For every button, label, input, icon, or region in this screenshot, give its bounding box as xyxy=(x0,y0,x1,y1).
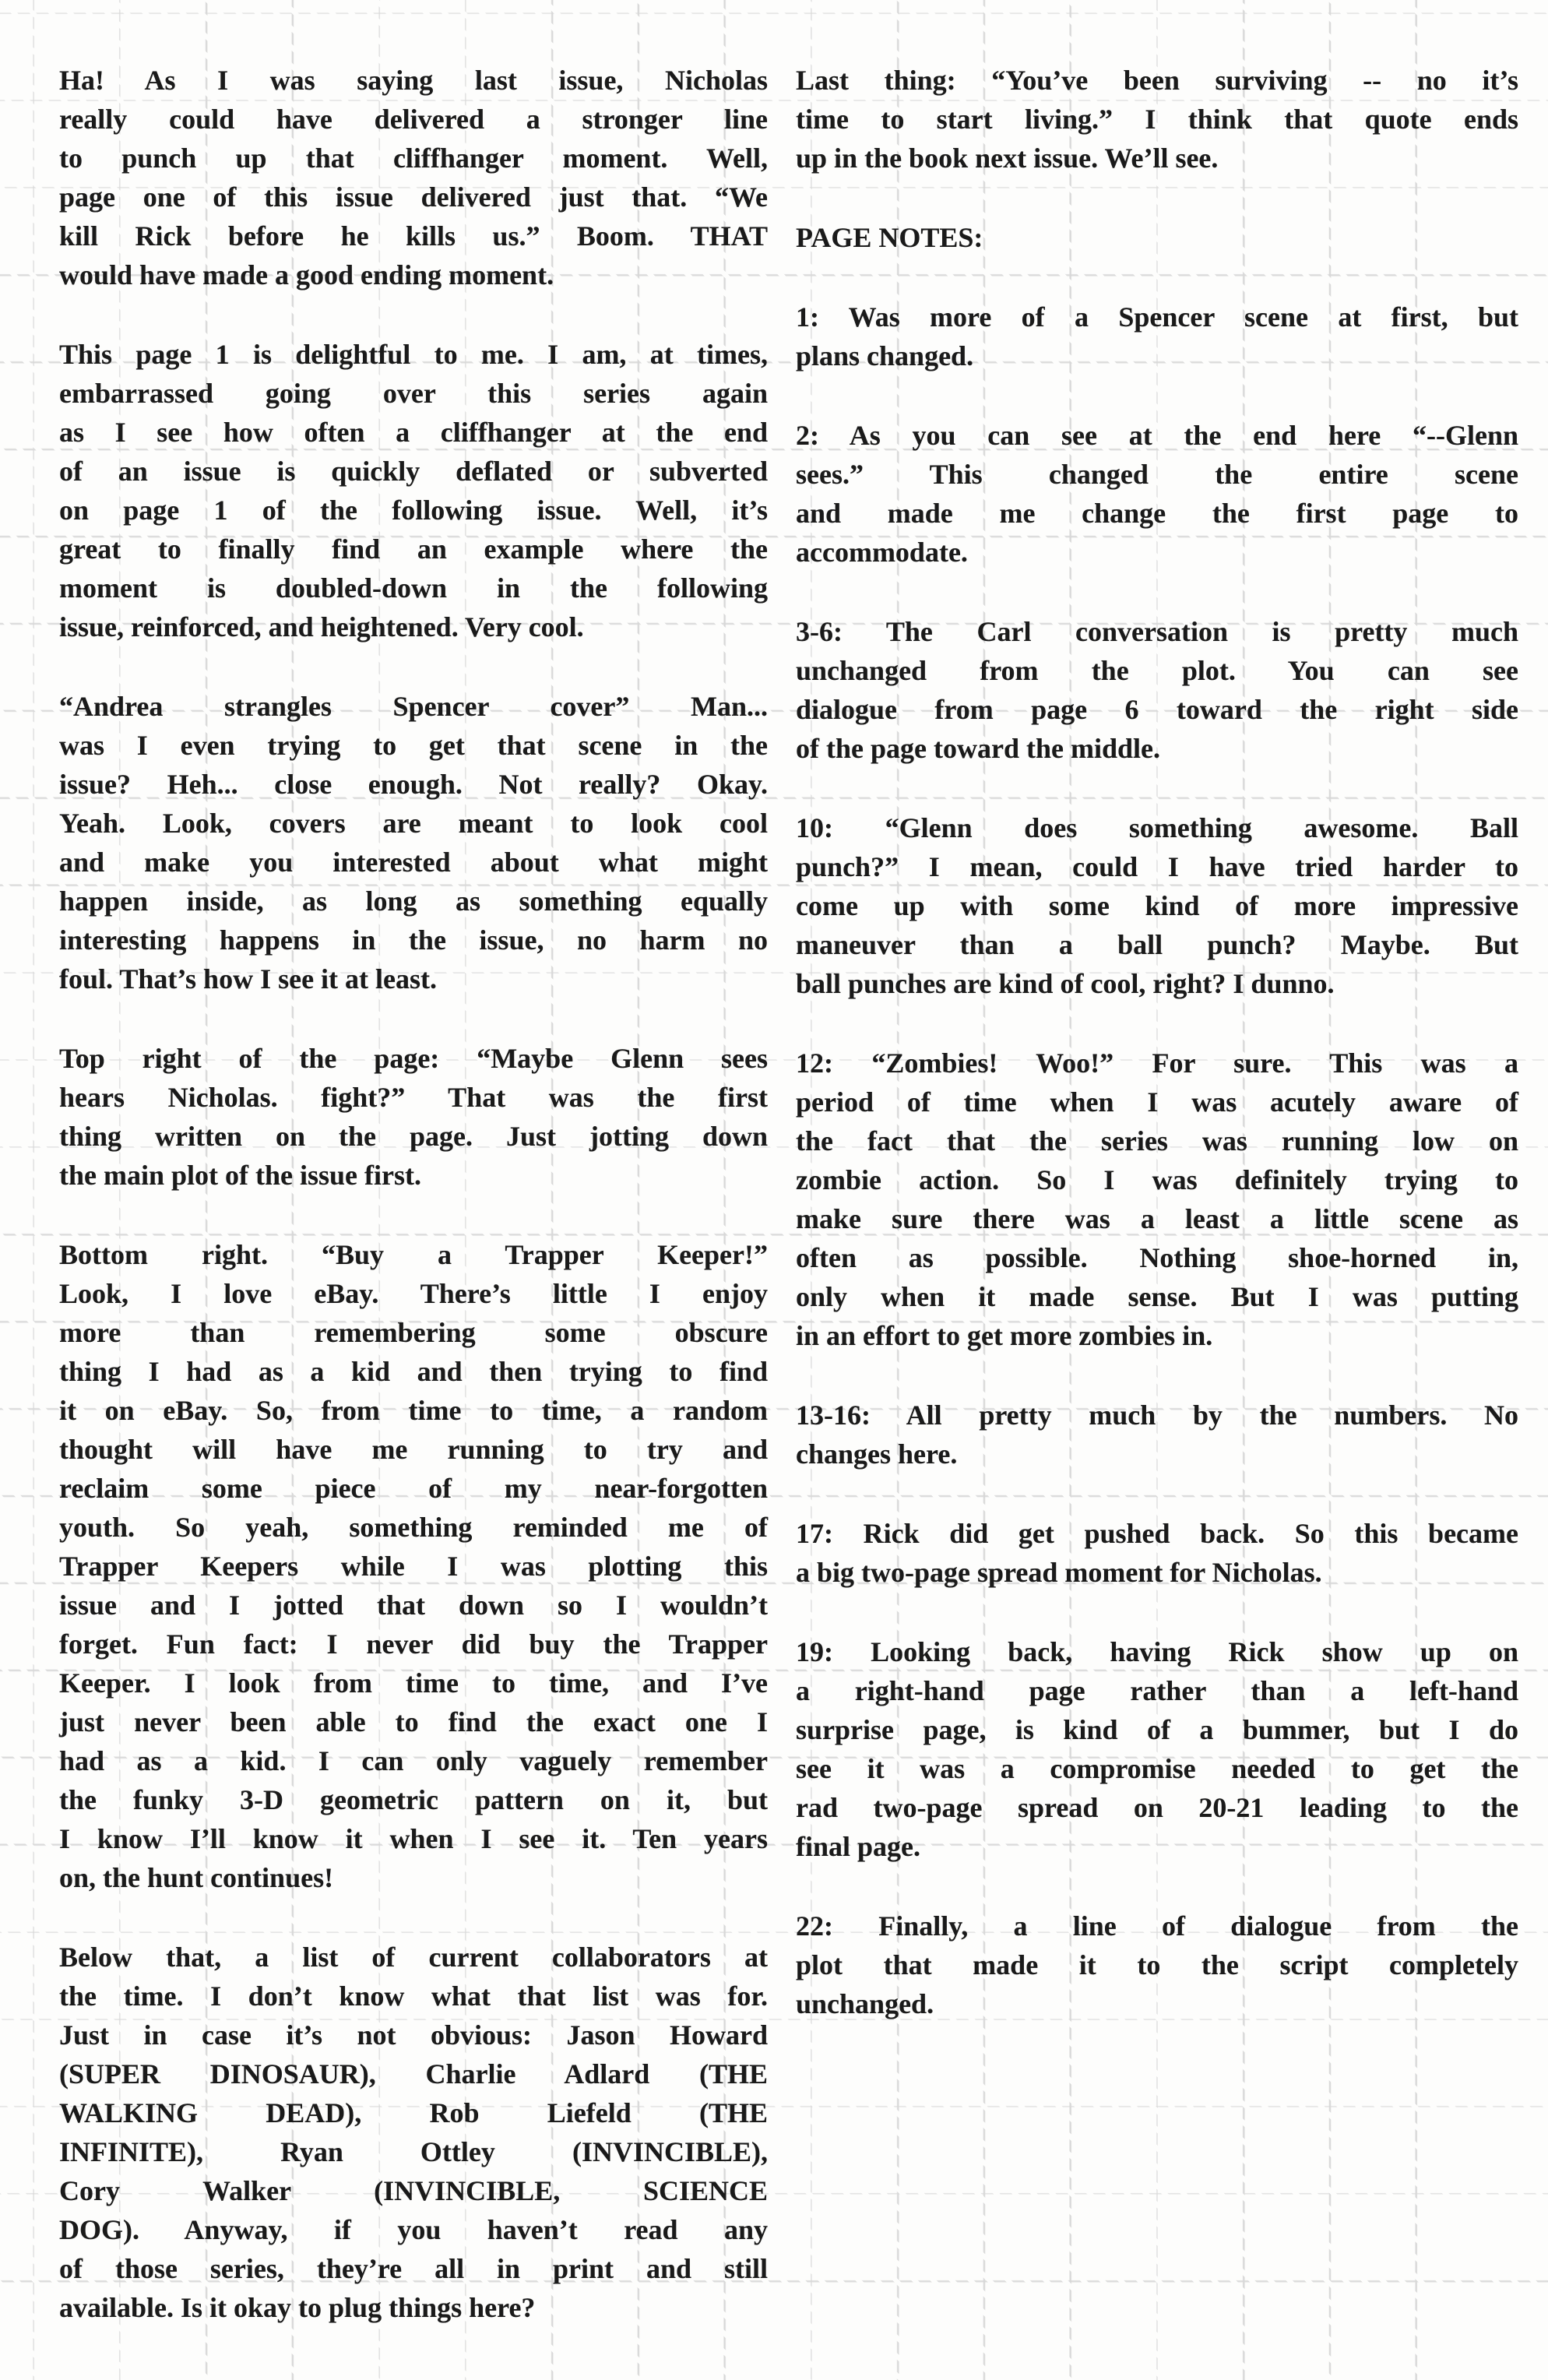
paragraph: Bottom right. “Buy a Trapper Keeper!”Loo… xyxy=(59,1235,768,1897)
text-line: just never been able to find the exact o… xyxy=(59,1702,768,1741)
text-line: issue, reinforced, and heightened. Very … xyxy=(59,607,768,646)
text-line: 1: Was more of a Spencer scene at first,… xyxy=(796,297,1518,336)
text-line: Keeper. I look from time to time, and I’… xyxy=(59,1664,768,1702)
text-line: Look, I love eBay. There’s little I enjo… xyxy=(59,1274,768,1313)
text-line: hears Nicholas. fight?” That was the fir… xyxy=(59,1078,768,1117)
text-line: 12: “Zombies! Woo!” For sure. This was a xyxy=(796,1044,1518,1083)
paragraph: 3-6: The Carl conversation is pretty muc… xyxy=(796,612,1518,768)
text-line: changes here. xyxy=(796,1435,1518,1473)
page-notes-heading: PAGE NOTES: xyxy=(796,218,1518,257)
text-line: Last thing: “You’ve been surviving -- no… xyxy=(796,61,1518,100)
text-line: a right-hand page rather than a left-han… xyxy=(796,1671,1518,1710)
text-line: accommodate. xyxy=(796,533,1518,572)
text-line: 2: As you can see at the end here “--Gle… xyxy=(796,416,1518,455)
text-line: to punch up that cliffhanger moment. Wel… xyxy=(59,139,768,178)
text-line: Yeah. Look, covers are meant to look coo… xyxy=(59,804,768,843)
text-line: happen inside, as long as something equa… xyxy=(59,882,768,921)
text-line: zombie action. So I was definitely tryin… xyxy=(796,1160,1518,1199)
text-line: moment is doubled-down in the following xyxy=(59,569,768,607)
text-line: youth. So yeah, something reminded me of xyxy=(59,1508,768,1547)
text-line: the main plot of the issue first. xyxy=(59,1156,768,1195)
text-line: Bottom right. “Buy a Trapper Keeper!” xyxy=(59,1235,768,1274)
paragraph: Ha! As I was saying last issue, Nicholas… xyxy=(59,61,768,294)
text-line: thing written on the page. Just jotting … xyxy=(59,1117,768,1156)
text-line: This page 1 is delightful to me. I am, a… xyxy=(59,335,768,374)
text-line: PAGE NOTES: xyxy=(796,218,1518,257)
left-column: Ha! As I was saying last issue, Nicholas… xyxy=(59,61,768,2368)
text-line: punch?” I mean, could I have tried harde… xyxy=(796,847,1518,886)
text-line: and make you interested about what might xyxy=(59,843,768,882)
text-line: kill Rick before he kills us.” Boom. THA… xyxy=(59,217,768,255)
text-line: maneuver than a ball punch? Maybe. But xyxy=(796,925,1518,964)
text-line: plot that made it to the script complete… xyxy=(796,1945,1518,1984)
text-line: as I see how often a cliffhanger at the … xyxy=(59,413,768,452)
text-line: sees.” This changed the entire scene xyxy=(796,455,1518,494)
text-line: Cory Walker (INVINCIBLE, SCIENCE xyxy=(59,2171,768,2210)
text-line: Trapper Keepers while I was plotting thi… xyxy=(59,1547,768,1586)
text-line: the time. I don’t know what that list wa… xyxy=(59,1977,768,2016)
text-line: and made me change the first page to xyxy=(796,494,1518,533)
paragraph: 10: “Glenn does something awesome. Ballp… xyxy=(796,808,1518,1003)
text-line: of those series, they’re all in print an… xyxy=(59,2249,768,2288)
text-line: foul. That’s how I see it at least. xyxy=(59,959,768,998)
text-line: issue and I jotted that down so I wouldn… xyxy=(59,1586,768,1625)
text-line: 10: “Glenn does something awesome. Ball xyxy=(796,808,1518,847)
text-line: of the page toward the middle. xyxy=(796,729,1518,768)
paragraph: 1: Was more of a Spencer scene at first,… xyxy=(796,297,1518,375)
text-line: often as possible. Nothing shoe-horned i… xyxy=(796,1238,1518,1277)
text-line: really could have delivered a stronger l… xyxy=(59,100,768,139)
text-line: Ha! As I was saying last issue, Nicholas xyxy=(59,61,768,100)
paragraph: Last thing: “You’ve been surviving -- no… xyxy=(796,61,1518,178)
text-line: thing I had as a kid and then trying to … xyxy=(59,1352,768,1391)
text-line: of an issue is quickly deflated or subve… xyxy=(59,452,768,491)
text-line: plans changed. xyxy=(796,336,1518,375)
text-line: page one of this issue delivered just th… xyxy=(59,178,768,217)
text-line: DOG). Anyway, if you haven’t read any xyxy=(59,2210,768,2249)
text-line: the fact that the series was running low… xyxy=(796,1121,1518,1160)
text-line: rad two-page spread on 20-21 leading to … xyxy=(796,1788,1518,1827)
paragraph: “Andrea strangles Spencer cover” Man...w… xyxy=(59,687,768,998)
text-line: period of time when I was acutely aware … xyxy=(796,1083,1518,1121)
text-line: INFINITE), Ryan Ottley (INVINCIBLE), xyxy=(59,2132,768,2171)
text-line: embarrassed going over this series again xyxy=(59,374,768,413)
paragraph: 22: Finally, a line of dialogue from the… xyxy=(796,1906,1518,2023)
text-line: “Andrea strangles Spencer cover” Man... xyxy=(59,687,768,726)
right-column: Last thing: “You’ve been surviving -- no… xyxy=(796,61,1518,2064)
text-line: would have made a good ending moment. xyxy=(59,255,768,294)
text-line: dialogue from page 6 toward the right si… xyxy=(796,690,1518,729)
text-line: see it was a compromise needed to get th… xyxy=(796,1749,1518,1788)
text-line: more than remembering some obscure xyxy=(59,1313,768,1352)
text-line: time to start living.” I think that quot… xyxy=(796,100,1518,139)
text-line: 22: Finally, a line of dialogue from the xyxy=(796,1906,1518,1945)
text-line: 19: Looking back, having Rick show up on xyxy=(796,1632,1518,1671)
text-line: 3-6: The Carl conversation is pretty muc… xyxy=(796,612,1518,651)
paragraph: 19: Looking back, having Rick show up on… xyxy=(796,1632,1518,1866)
text-line: it on eBay. So, from time to time, a ran… xyxy=(59,1391,768,1430)
text-line: was I even trying to get that scene in t… xyxy=(59,726,768,765)
text-line: a big two-page spread moment for Nichola… xyxy=(796,1553,1518,1592)
text-line: Just in case it’s not obvious: Jason How… xyxy=(59,2016,768,2054)
text-line: WALKING DEAD), Rob Liefeld (THE xyxy=(59,2093,768,2132)
paragraph: This page 1 is delightful to me. I am, a… xyxy=(59,335,768,646)
text-line: come up with some kind of more impressiv… xyxy=(796,886,1518,925)
text-line: make sure there was a least a little sce… xyxy=(796,1199,1518,1238)
text-line: had as a kid. I can only vaguely remembe… xyxy=(59,1741,768,1780)
text-line: 13-16: All pretty much by the numbers. N… xyxy=(796,1396,1518,1435)
text-line: unchanged. xyxy=(796,1984,1518,2023)
text-line: (SUPER DINOSAUR), Charlie Adlard (THE xyxy=(59,2054,768,2093)
text-line: forget. Fun fact: I never did buy the Tr… xyxy=(59,1625,768,1664)
text-line: great to finally find an example where t… xyxy=(59,530,768,569)
paragraph: 13-16: All pretty much by the numbers. N… xyxy=(796,1396,1518,1473)
text-line: up in the book next issue. We’ll see. xyxy=(796,139,1518,178)
text-line: only when it made sense. But I was putti… xyxy=(796,1277,1518,1316)
text-line: I know I’ll know it when I see it. Ten y… xyxy=(59,1819,768,1858)
text-line: on page 1 of the following issue. Well, … xyxy=(59,491,768,530)
text-line: the funky 3-D geometric pattern on it, b… xyxy=(59,1780,768,1819)
text-line: Below that, a list of current collaborat… xyxy=(59,1938,768,1977)
text-line: 17: Rick did get pushed back. So this be… xyxy=(796,1514,1518,1553)
text-line: surprise page, is kind of a bummer, but … xyxy=(796,1710,1518,1749)
text-line: in an effort to get more zombies in. xyxy=(796,1316,1518,1355)
text-line: final page. xyxy=(796,1827,1518,1866)
text-line: reclaim some piece of my near-forgotten xyxy=(59,1469,768,1508)
text-line: unchanged from the plot. You can see xyxy=(796,651,1518,690)
paragraph: 12: “Zombies! Woo!” For sure. This was a… xyxy=(796,1044,1518,1355)
paragraph: Below that, a list of current collaborat… xyxy=(59,1938,768,2327)
text-line: ball punches are kind of cool, right? I … xyxy=(796,964,1518,1003)
text-line: thought will have me running to try and xyxy=(59,1430,768,1469)
text-line: Top right of the page: “Maybe Glenn sees xyxy=(59,1039,768,1078)
paragraph: 17: Rick did get pushed back. So this be… xyxy=(796,1514,1518,1592)
text-line: on, the hunt continues! xyxy=(59,1858,768,1897)
text-line: issue? Heh... close enough. Not really? … xyxy=(59,765,768,804)
text-line: interesting happens in the issue, no har… xyxy=(59,921,768,959)
text-line: available. Is it okay to plug things her… xyxy=(59,2288,768,2327)
paragraph: Top right of the page: “Maybe Glenn sees… xyxy=(59,1039,768,1195)
paragraph: 2: As you can see at the end here “--Gle… xyxy=(796,416,1518,572)
